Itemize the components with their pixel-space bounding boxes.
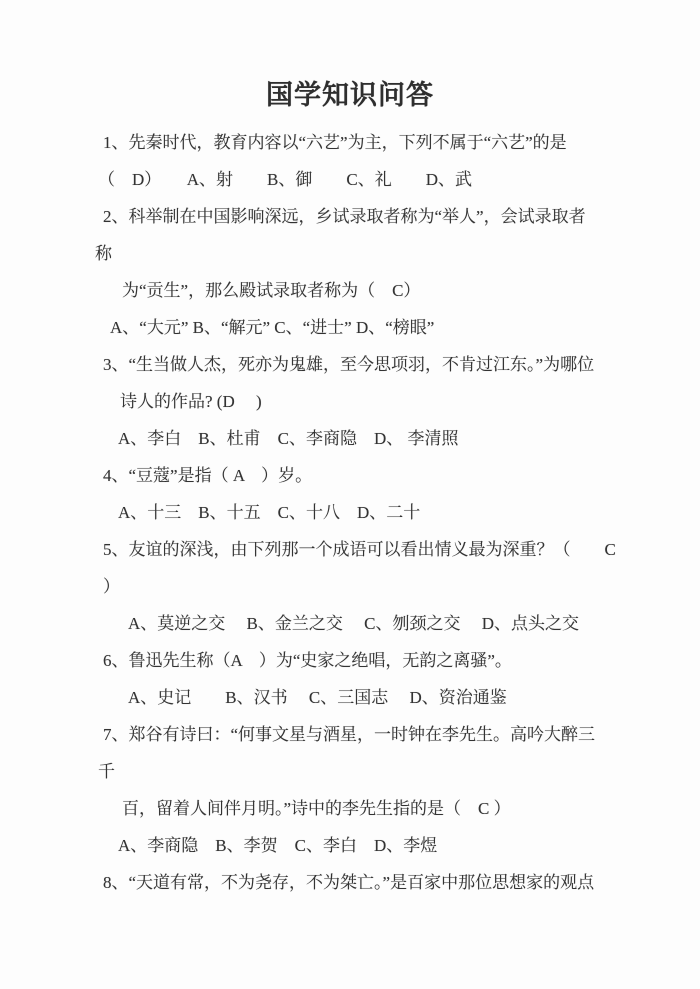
question-line: 百，留着人间伴月明。”诗中的李先生指的是（ C ） <box>0 790 700 827</box>
question-line: 3、“生当做人杰，死亦为鬼雄，至今思项羽，不肯过江东。”为哪位 <box>0 346 700 383</box>
question-block-3: 3、“生当做人杰，死亦为鬼雄，至今思项羽，不肯过江东。”为哪位 诗人的作品? (… <box>0 346 700 457</box>
question-block-6: 6、鲁迅先生称（A ）为“史家之绝唱，无韵之离骚”。 A、史记 B、汉书 C、三… <box>0 642 700 716</box>
question-block-2: 2、科举制在中国影响深远，乡试录取者称为“举人”，会试录取者 称 为“贡生”，那… <box>0 198 700 346</box>
question-line: A、莫逆之交 B、金兰之交 C、刎颈之交 D、点头之交 <box>0 605 700 642</box>
question-line: 千 <box>0 753 700 790</box>
question-line: 4、“豆蔻”是指（ A ）岁。 <box>0 457 700 494</box>
question-block-5: 5、友谊的深浅，由下列那一个成语可以看出情义最为深重？（ C ） A、莫逆之交 … <box>0 531 700 642</box>
question-line: A、“大元” B、“解元” C、“进士” D、“榜眼” <box>0 309 700 346</box>
document-page: 国学知识问答 1、先秦时代，教育内容以“六艺”为主，下列不属于“六艺”的是 （ … <box>0 0 700 989</box>
question-block-4: 4、“豆蔻”是指（ A ）岁。 A、十三 B、十五 C、十八 D、二十 <box>0 457 700 531</box>
question-block-1: 1、先秦时代，教育内容以“六艺”为主，下列不属于“六艺”的是 （ D） A、射 … <box>0 124 700 198</box>
question-line: 5、友谊的深浅，由下列那一个成语可以看出情义最为深重？（ C <box>0 531 700 568</box>
page-title: 国学知识问答 <box>0 79 700 111</box>
question-line: 2、科举制在中国影响深远，乡试录取者称为“举人”，会试录取者 <box>0 198 700 235</box>
question-line: 8、“天道有常，不为尧存，不为桀亡。”是百家中那位思想家的观点 <box>0 864 700 901</box>
document-body: 1、先秦时代，教育内容以“六艺”为主，下列不属于“六艺”的是 （ D） A、射 … <box>0 124 700 901</box>
question-line: 7、郑谷有诗曰：“何事文星与酒星，一时钟在李先生。高吟大醉三 <box>0 716 700 753</box>
question-line: A、史记 B、汉书 C、三国志 D、资治通鉴 <box>0 679 700 716</box>
question-line: A、十三 B、十五 C、十八 D、二十 <box>0 494 700 531</box>
question-line: 1、先秦时代，教育内容以“六艺”为主，下列不属于“六艺”的是 <box>0 124 700 161</box>
question-line: 6、鲁迅先生称（A ）为“史家之绝唱，无韵之离骚”。 <box>0 642 700 679</box>
question-line: A、李白 B、杜甫 C、李商隐 D、 李清照 <box>0 420 700 457</box>
question-block-7: 7、郑谷有诗曰：“何事文星与酒星，一时钟在李先生。高吟大醉三 千 百，留着人间伴… <box>0 716 700 864</box>
question-line: 为“贡生”，那么殿试录取者称为（ C） <box>0 272 700 309</box>
question-line: （ D） A、射 B、御 C、礼 D、武 <box>0 161 700 198</box>
question-line: 称 <box>0 235 700 272</box>
question-line: A、李商隐 B、李贺 C、李白 D、李煜 <box>0 827 700 864</box>
question-line: 诗人的作品? (D ) <box>0 383 700 420</box>
question-line: ） <box>0 568 700 605</box>
question-block-8: 8、“天道有常，不为尧存，不为桀亡。”是百家中那位思想家的观点 <box>0 864 700 901</box>
